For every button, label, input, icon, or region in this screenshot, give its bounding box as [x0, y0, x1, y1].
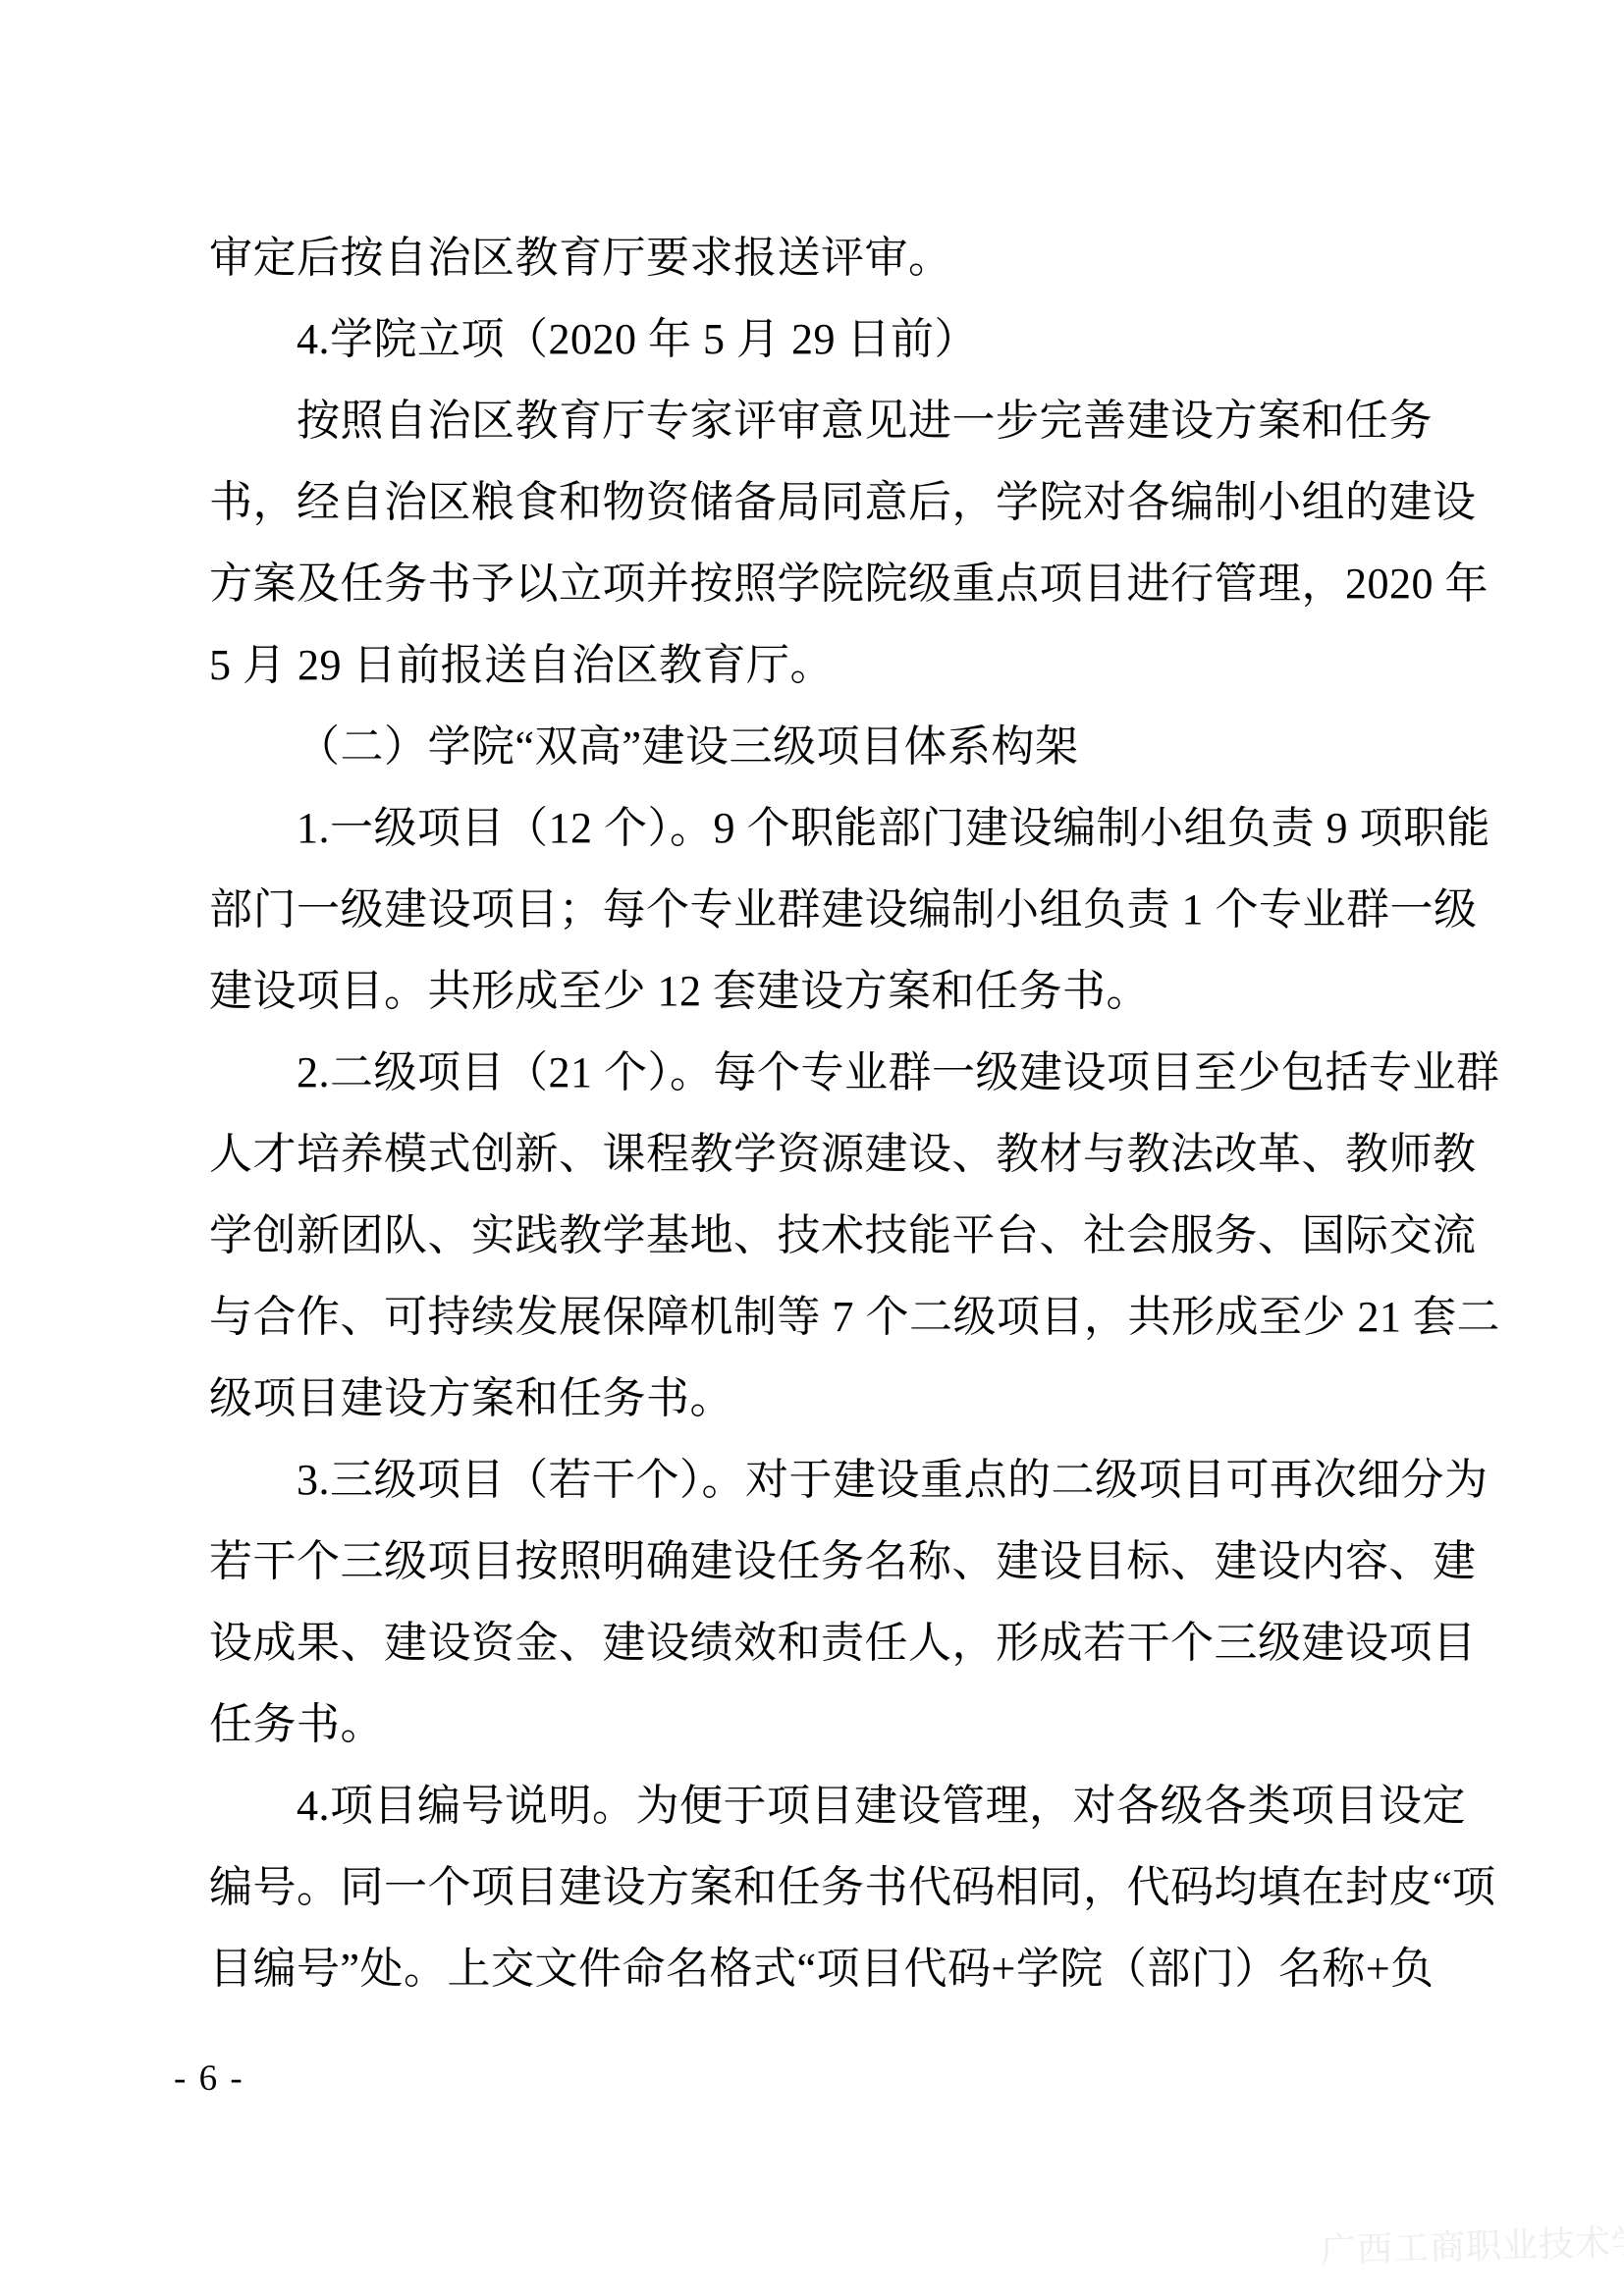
- text-line: 按照自治区教育厅专家评审意见进一步完善建设方案和任务: [209, 380, 1429, 461]
- text-line: 书，经自治区粮食和物资储备局同意后，学院对各编制小组的建设: [209, 461, 1429, 543]
- text-line: （二）学院“双高”建设三级项目体系构架: [209, 706, 1429, 787]
- text-line: 建设项目。共形成至少 12 套建设方案和任务书。: [209, 950, 1429, 1032]
- text-line: 目编号”处。上交文件命名格式“项目代码+学院（部门）名称+负: [209, 1928, 1429, 2009]
- text-line: 4.学院立项（2020 年 5 月 29 日前）: [209, 298, 1429, 380]
- document-page: 审定后按自治区教育厅要求报送评审。 4.学院立项（2020 年 5 月 29 日…: [0, 0, 1624, 2296]
- text-line: 设成果、建设资金、建设绩效和责任人，形成若干个三级建设项目: [209, 1602, 1429, 1683]
- text-line: 学创新团队、实践教学基地、技术技能平台、社会服务、国际交流: [209, 1195, 1429, 1276]
- text-line: 4.项目编号说明。为便于项目建设管理，对各级各类项目设定: [209, 1765, 1429, 1846]
- text-line: 任务书。: [209, 1683, 1429, 1765]
- document-body: 审定后按自治区教育厅要求报送评审。 4.学院立项（2020 年 5 月 29 日…: [209, 217, 1429, 2009]
- text-line: 2.二级项目（21 个）。每个专业群一级建设项目至少包括专业群: [209, 1032, 1429, 1113]
- text-line: 部门一级建设项目；每个专业群建设编制小组负责 1 个专业群一级: [209, 869, 1429, 950]
- text-line: 1.一级项目（12 个）。9 个职能部门建设编制小组负责 9 项职能: [209, 787, 1429, 869]
- text-line: 方案及任务书予以立项并按照学院院级重点项目进行管理，2020 年: [209, 543, 1429, 624]
- text-line: 3.三级项目（若干个）。对于建设重点的二级项目可再次细分为: [209, 1439, 1429, 1521]
- text-line: 与合作、可持续发展保障机制等 7 个二级项目，共形成至少 21 套二: [209, 1276, 1429, 1358]
- watermark: 广西工商职业技术学院: [1320, 2216, 1624, 2276]
- page-number: - 6 -: [174, 2057, 244, 2101]
- text-line: 级项目建设方案和任务书。: [209, 1358, 1429, 1439]
- text-line: 若干个三级项目按照明确建设任务名称、建设目标、建设内容、建: [209, 1521, 1429, 1602]
- text-line: 审定后按自治区教育厅要求报送评审。: [209, 217, 1429, 298]
- text-line: 人才培养模式创新、课程教学资源建设、教材与教法改革、教师教: [209, 1113, 1429, 1195]
- text-line: 5 月 29 日前报送自治区教育厅。: [209, 624, 1429, 706]
- text-line: 编号。同一个项目建设方案和任务书代码相同，代码均填在封皮“项: [209, 1846, 1429, 1928]
